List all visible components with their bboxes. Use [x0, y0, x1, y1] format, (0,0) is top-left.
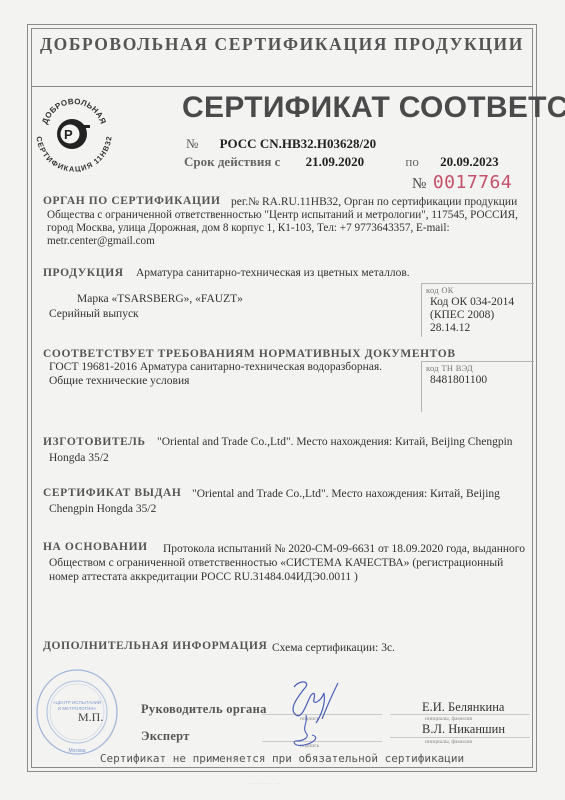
- expert-name-line: [390, 737, 530, 738]
- issued-to-label: СЕРТИФИКАТ ВЫДАН: [43, 487, 181, 499]
- expert-label: Эксперт: [141, 729, 190, 744]
- certification-body-line-4: metr.center@gmail.com: [47, 235, 155, 249]
- product-label: ПРОДУКЦИЯ: [43, 267, 124, 279]
- certificate-number-row: № РОСС CN.НВ32.Н03628/20: [186, 136, 376, 152]
- document-category-title: ДОБРОВОЛЬНАЯ СЕРТИФИКАЦИЯ ПРОДУКЦИИ: [31, 34, 533, 55]
- valid-from-date: 21.09.2020: [306, 154, 365, 169]
- certification-body-line-3: город Москва, улица Дорожная, дом 8 корп…: [47, 222, 450, 236]
- expert-name: В.Л. Никаншин: [422, 722, 505, 737]
- head-name-line: [390, 714, 530, 715]
- validity-row: Срок действия с 21.09.2020 по 20.09.2023: [184, 154, 499, 170]
- certification-body-label: ОРГАН ПО СЕРТИФИКАЦИИ: [43, 195, 221, 207]
- seal-place-label: М.П.: [78, 710, 103, 725]
- serial-value: 0017764: [433, 172, 512, 193]
- code-ok-box: код ОК Код ОК 034-2014 (КПЕС 2008) 28.14…: [421, 283, 534, 337]
- basis-line-1: Протокола испытаний № 2020-СМ-09-6631 от…: [163, 543, 525, 557]
- handwritten-signatures-icon: [280, 675, 350, 750]
- number-label: №: [186, 136, 198, 151]
- issued-to-line-2: Chengpin Hongda 35/2: [49, 503, 156, 517]
- manufacturer-line-2: Hongda 35/2: [49, 452, 109, 466]
- certification-body-line-2: Общества с ограниченной ответственностью…: [47, 209, 518, 223]
- basis-label: НА ОСНОВАНИИ: [43, 541, 148, 553]
- expert-name-caption: инициалы, фамилия: [425, 739, 472, 745]
- compliance-label: СООТВЕТСТВУЕТ ТРЕБОВАНИЯМ НОРМАТИВНЫХ ДО…: [43, 348, 456, 360]
- code-ok-line-3: 28.14.12: [430, 322, 514, 335]
- additional-info-label: ДОПОЛНИТЕЛЬНАЯ ИНФОРМАЦИЯ: [43, 640, 267, 652]
- valid-to-date: 20.09.2023: [440, 154, 499, 169]
- svg-text:P: P: [64, 127, 73, 142]
- product-brand: Марка «TSARSBERG», «FAUZT»: [77, 293, 243, 307]
- basis-line-2: Обществом с ограниченной ответственность…: [49, 557, 503, 571]
- certificate-number: РОСС CN.НВ32.Н03628/20: [220, 136, 376, 151]
- serial-prefix: №: [412, 176, 427, 192]
- svg-text:«ЦЕНТР ИСПЫТАНИЙ: «ЦЕНТР ИСПЫТАНИЙ: [53, 698, 101, 705]
- code-tnved-box: код ТН ВЭД 8481801100: [421, 361, 534, 412]
- valid-to-label: по: [405, 154, 418, 169]
- voluntary-certification-note: Сертификат не применяется при обязательн…: [31, 752, 533, 765]
- validity-label: Срок действия с: [184, 154, 280, 169]
- certification-scheme: Схема сертификации: 3с.: [272, 642, 395, 656]
- certification-body-line-1: рег.№ RA.RU.11НВ32, Орган по сертификаци…: [231, 196, 517, 210]
- basis-line-3: номер аттестата аккредитации РОСС RU.314…: [49, 571, 358, 585]
- head-of-body-name: Е.И. Белянкина: [422, 700, 504, 715]
- organization-seal-stamp-icon: «ЦЕНТР ИСПЫТАНИЙ И МЕТРОЛОГИИ» Москва: [33, 662, 121, 762]
- code-ok-line-1: Код ОК 034-2014: [430, 296, 514, 309]
- compliance-line-1: ГОСТ 19681-2016 Арматура санитарно-техни…: [49, 361, 382, 375]
- code-tnved-value: 8481801100: [430, 374, 487, 387]
- gost-r-certification-logo-icon: ДОБРОВОЛЬНАЯ СЕРТИФИКАЦИЯ 11НВ32 P: [34, 92, 114, 172]
- header-divider: [31, 86, 533, 87]
- print-info-line: · · · · · · · · · · · · ·: [250, 781, 283, 786]
- code-ok-caption: код ОК: [426, 285, 454, 295]
- code-tnved-caption: код ТН ВЭД: [426, 363, 473, 373]
- code-ok-line-2: (КПЕС 2008): [430, 309, 514, 322]
- product-description: Арматура санитарно-техническая из цветны…: [136, 267, 410, 281]
- certificate-title: СЕРТИФИКАТ СООТВЕТСТВИЯ: [182, 91, 565, 125]
- issued-to-line-1: "Oriental and Trade Co.,Ltd". Место нахо…: [192, 488, 500, 502]
- blank-serial-number: №0017764: [412, 172, 512, 193]
- manufacturer-line-1: "Oriental and Trade Co.,Ltd". Место нахо…: [157, 436, 513, 450]
- production-type: Серийный выпуск: [49, 308, 139, 322]
- compliance-line-2: Общие технические условия: [49, 375, 189, 389]
- code-ok-value: Код ОК 034-2014 (КПЕС 2008) 28.14.12: [430, 296, 514, 335]
- head-of-body-label: Руководитель органа: [141, 702, 267, 717]
- manufacturer-label: ИЗГОТОВИТЕЛЬ: [43, 436, 146, 448]
